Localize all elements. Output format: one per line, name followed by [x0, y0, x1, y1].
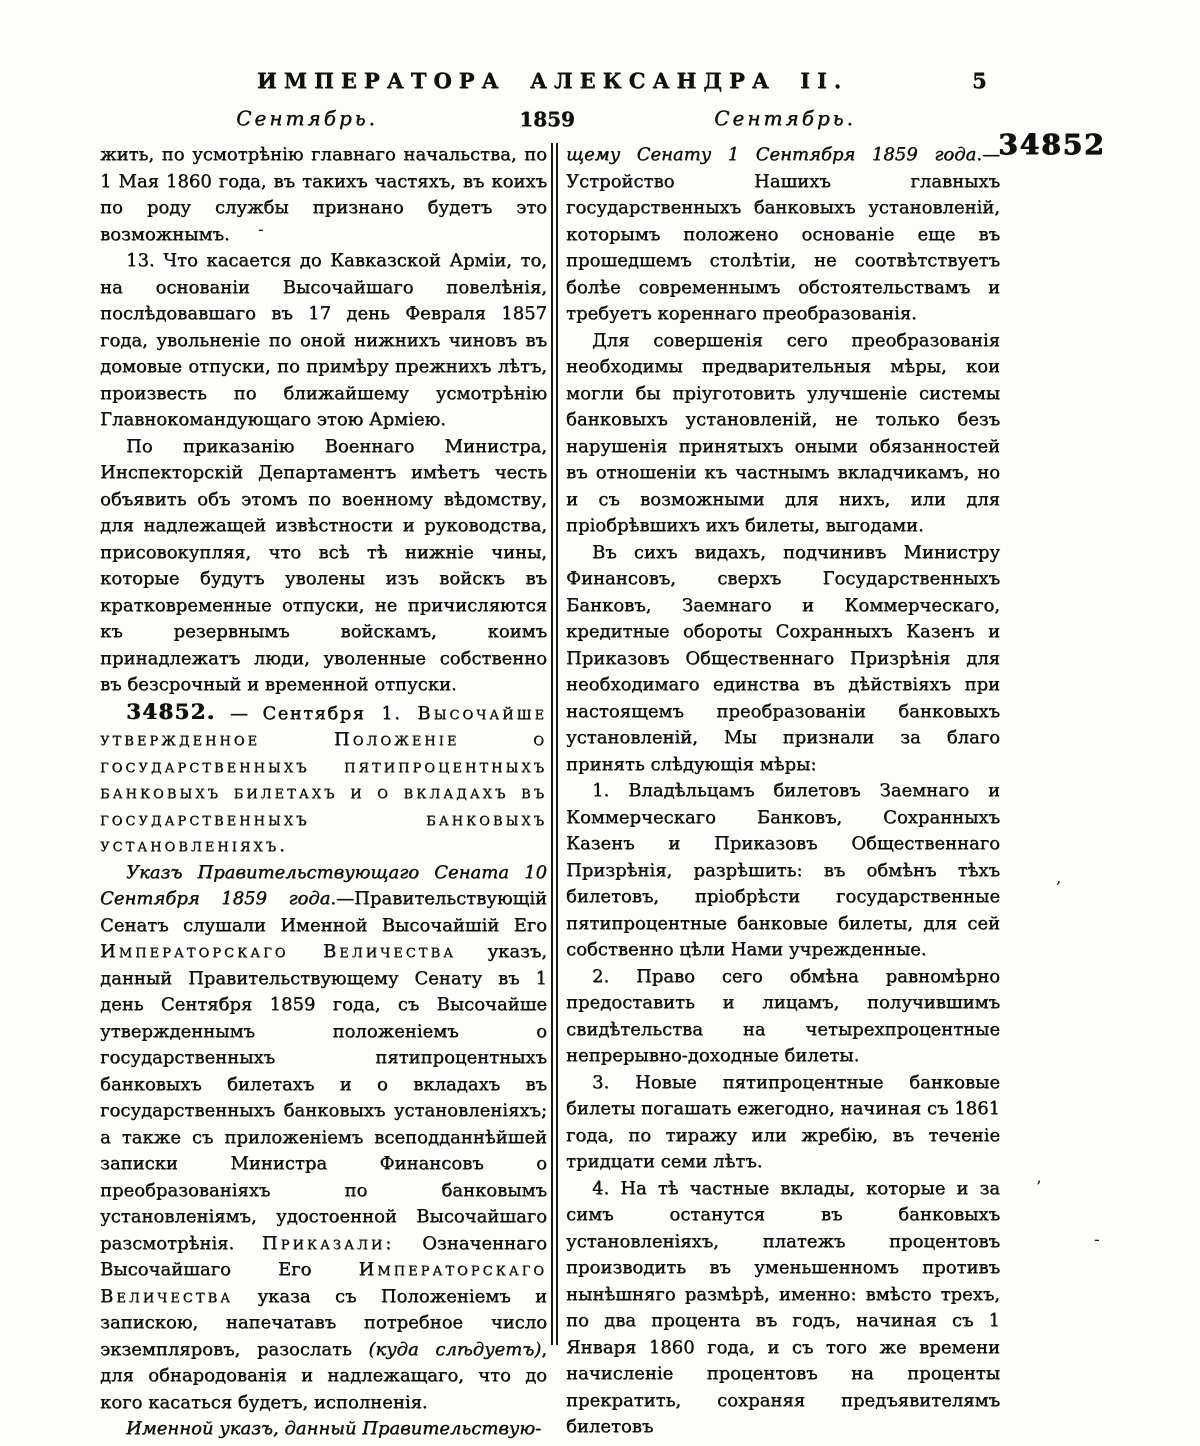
entry-dash: —	[215, 703, 262, 724]
scan-speck: -	[1094, 1232, 1100, 1249]
list-item-2: 2. Право сего обмѣна равномѣрно предоста…	[566, 964, 1000, 1070]
paragraph-order: По приказанію Военнаго Министра, Инспект…	[100, 434, 547, 699]
page-title: ИМПЕРАТОРА АЛЕКСАНДРА II.	[100, 68, 1005, 93]
year-label: 1859	[519, 107, 575, 131]
scan-speck: ’	[1036, 1180, 1041, 1197]
left-column: жить, по усмотрѣнію главнаго начальства,…	[100, 142, 547, 1443]
paragraph-item-13: 13. Что касается до Кавказской Арміи, то…	[100, 248, 547, 434]
entry-number: 34852.	[126, 699, 215, 724]
page-number: 5	[972, 68, 987, 93]
smallcaps-imperial: Императорскаго Величества	[100, 941, 456, 962]
senate-lead-italic: щему Сенату 1 Сентября 1859 года.	[566, 144, 982, 165]
paragraph-ustroystvo: щему Сенату 1 Сентября 1859 года.—Устрой…	[566, 142, 1000, 328]
parenthetical-italic: (куда слѣдуетъ)	[368, 1339, 541, 1360]
ustroystvo-text: —Устройство Нашихъ главныхъ государствен…	[566, 144, 1000, 324]
entry-heading: 34852. — Сентября 1. Высочайше утвержден…	[100, 699, 547, 860]
paragraph-mery: Для совершенія сего преобразованія необх…	[566, 328, 1000, 540]
ukaz-text: указъ, данный Правительствующему Сенату …	[100, 941, 547, 1254]
month-label-left: Сентябрь.	[236, 106, 378, 130]
list-item-3: 3. Новые пятипроцентные банковые билеты …	[566, 1070, 1000, 1176]
paragraph-ukaz: Указъ Правительствующаго Сената 10 Сентя…	[100, 860, 547, 1417]
entry-title: Высочайше утвержденное Положеніе о госуд…	[100, 703, 547, 857]
entry-date: Сентября 1.	[262, 703, 417, 724]
list-item-1: 1. Владѣльцамъ билетовъ Заемнаго и Комме…	[566, 778, 1000, 964]
paragraph-imennoy-ukaz: Именной указъ, данный Правительствую-	[100, 1416, 547, 1443]
scan-speck: -	[258, 222, 264, 239]
list-item-4: 4. На тѣ частные вклады, которые и за си…	[566, 1176, 1000, 1441]
document-page: ИМПЕРАТОРА АЛЕКСАНДРА II. 5 Сентябрь. 18…	[0, 0, 1200, 1446]
scan-speck: ,	[1056, 870, 1061, 887]
paragraph-continuation: жить, по усмотрѣнію главнаго начальства,…	[100, 142, 547, 248]
paragraph-vidy: Въ сихъ видахъ, подчинивъ Министру Финан…	[566, 540, 1000, 779]
smallcaps-prikazali: Приказали:	[262, 1233, 394, 1254]
right-column: щему Сенату 1 Сентября 1859 года.—Устрой…	[566, 142, 1000, 1441]
margin-entry-number: 34852	[998, 128, 1105, 161]
column-divider	[551, 143, 558, 1345]
month-label-right: Сентябрь.	[714, 106, 856, 130]
